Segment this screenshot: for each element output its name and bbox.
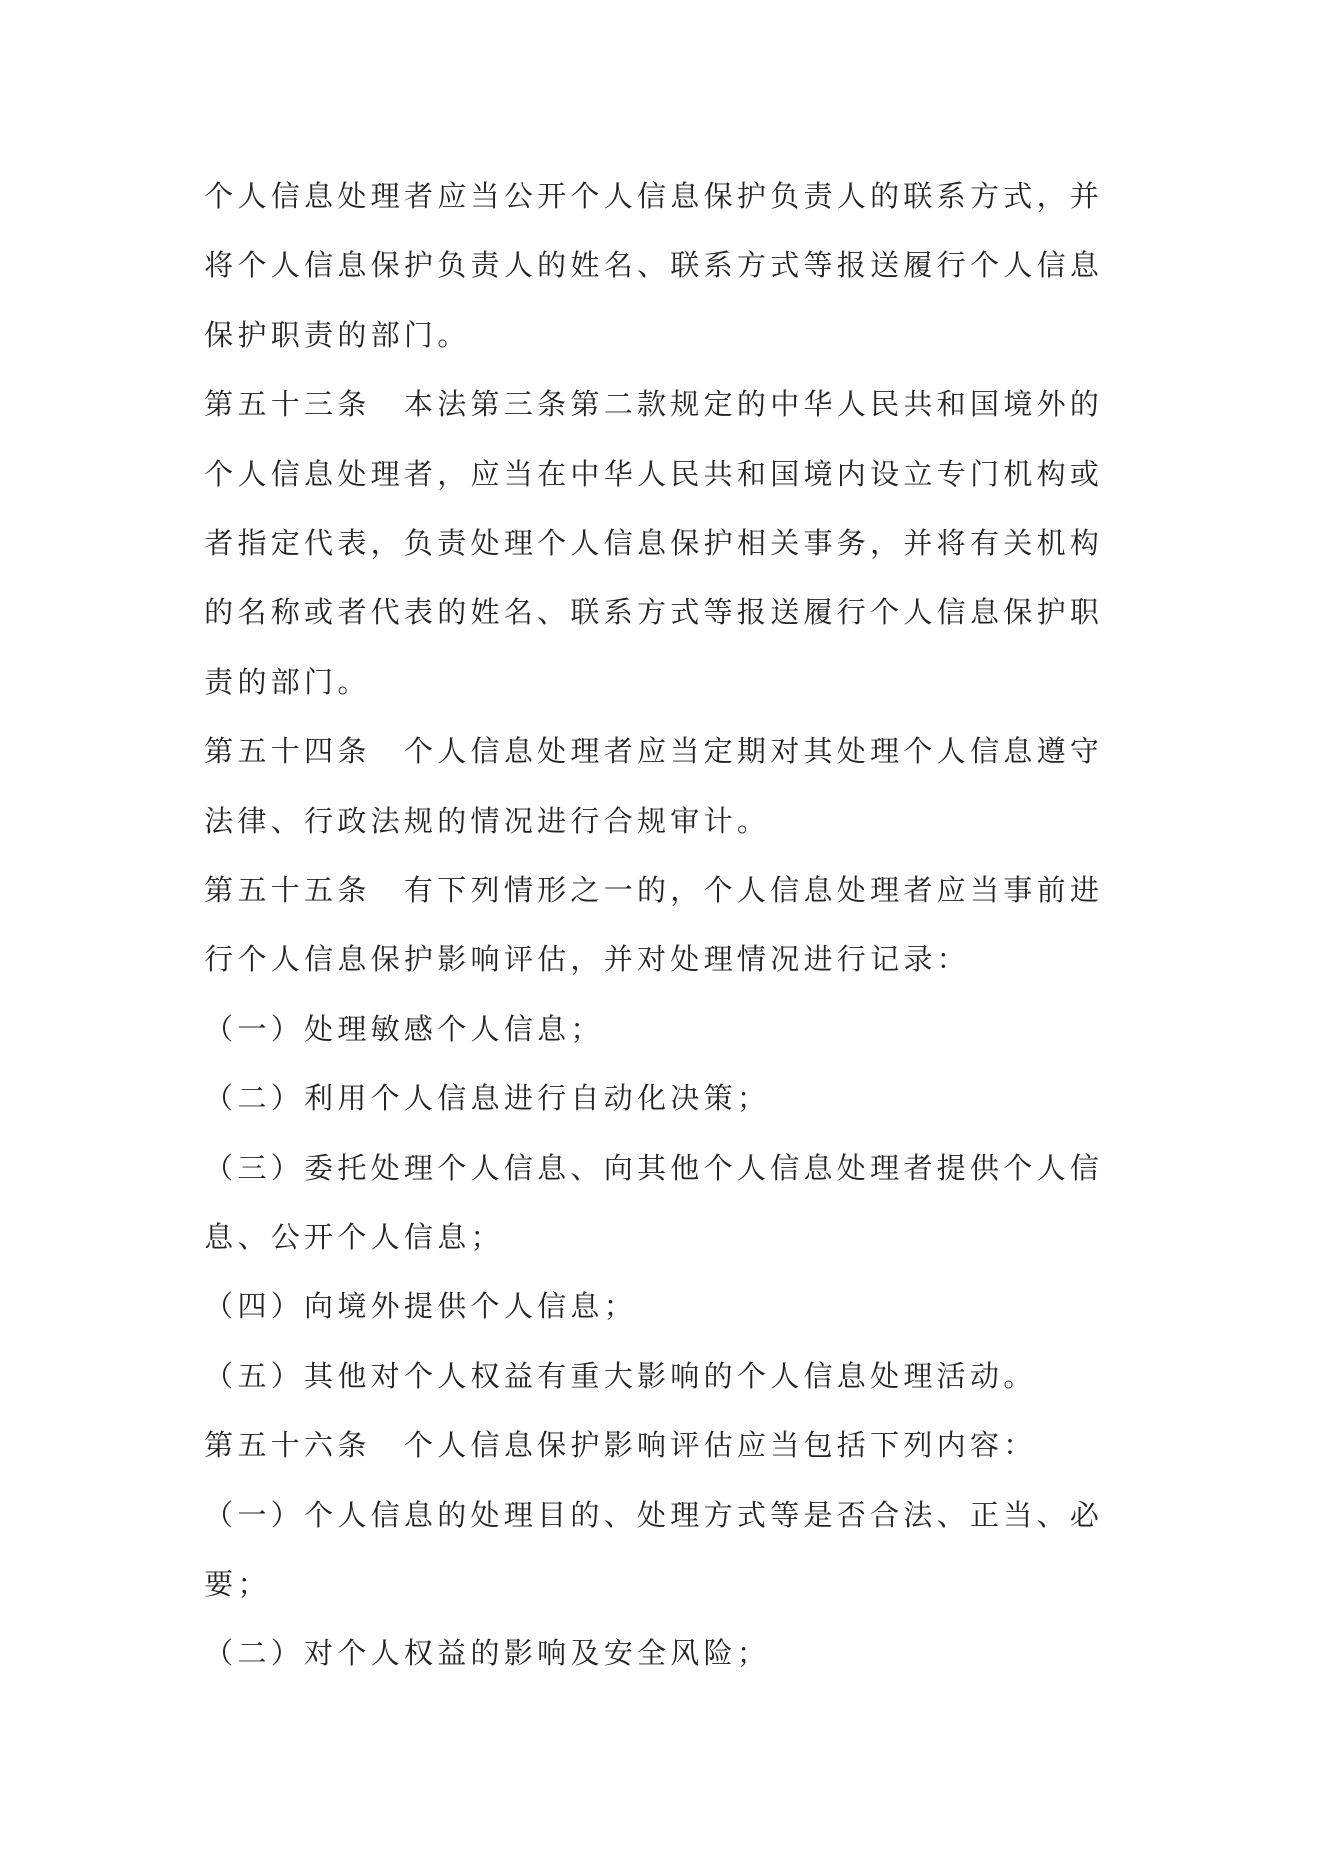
list-item: （一）处理敏感个人信息；: [202, 1013, 602, 1045]
list-item-continuation: 要；: [202, 1568, 269, 1600]
list-item-continuation: 息、公开个人信息；: [202, 1221, 502, 1253]
text-line: 法律、行政法规的情况进行合规审计。: [202, 805, 768, 837]
document-page: 个人信息处理者应当公开个人信息保护负责人的联系方式，并 将个人信息保护负责人的姓…: [0, 0, 1323, 1871]
text-line: 个人信息处理者，应当在中华人民共和国境内设立专门机构或: [202, 458, 1101, 490]
article-56-heading-line: 第五十六条 个人信息保护影响评估应当包括下列内容：: [202, 1429, 1034, 1461]
list-item: （二）对个人权益的影响及安全风险；: [202, 1637, 768, 1669]
list-item: （五）其他对个人权益有重大影响的个人信息处理活动。: [202, 1360, 1034, 1392]
list-item: （二）利用个人信息进行自动化决策；: [202, 1082, 768, 1114]
text-line: 行个人信息保护影响评估，并对处理情况进行记录：: [202, 943, 968, 975]
text-line: 将个人信息保护负责人的姓名、联系方式等报送履行个人信息: [202, 249, 1101, 281]
text-line: 个人信息处理者应当公开个人信息保护负责人的联系方式，并: [202, 180, 1101, 212]
text-line: 保护职责的部门。: [202, 319, 468, 351]
article-54-heading-line: 第五十四条 个人信息处理者应当定期对其处理个人信息遵守: [202, 735, 1101, 767]
article-55-heading-line: 第五十五条 有下列情形之一的，个人信息处理者应当事前进: [202, 874, 1101, 906]
list-item: （三）委托处理个人信息、向其他个人信息处理者提供个人信: [202, 1152, 1101, 1184]
text-line: 者指定代表，负责处理个人信息保护相关事务，并将有关机构: [202, 527, 1101, 559]
article-53-heading-line: 第五十三条 本法第三条第二款规定的中华人民共和国境外的: [202, 388, 1101, 420]
text-line: 责的部门。: [202, 666, 368, 698]
list-item: （四）向境外提供个人信息；: [202, 1290, 635, 1322]
list-item: （一）个人信息的处理目的、处理方式等是否合法、正当、必: [202, 1499, 1101, 1531]
text-line: 的名称或者代表的姓名、联系方式等报送履行个人信息保护职: [202, 596, 1101, 628]
